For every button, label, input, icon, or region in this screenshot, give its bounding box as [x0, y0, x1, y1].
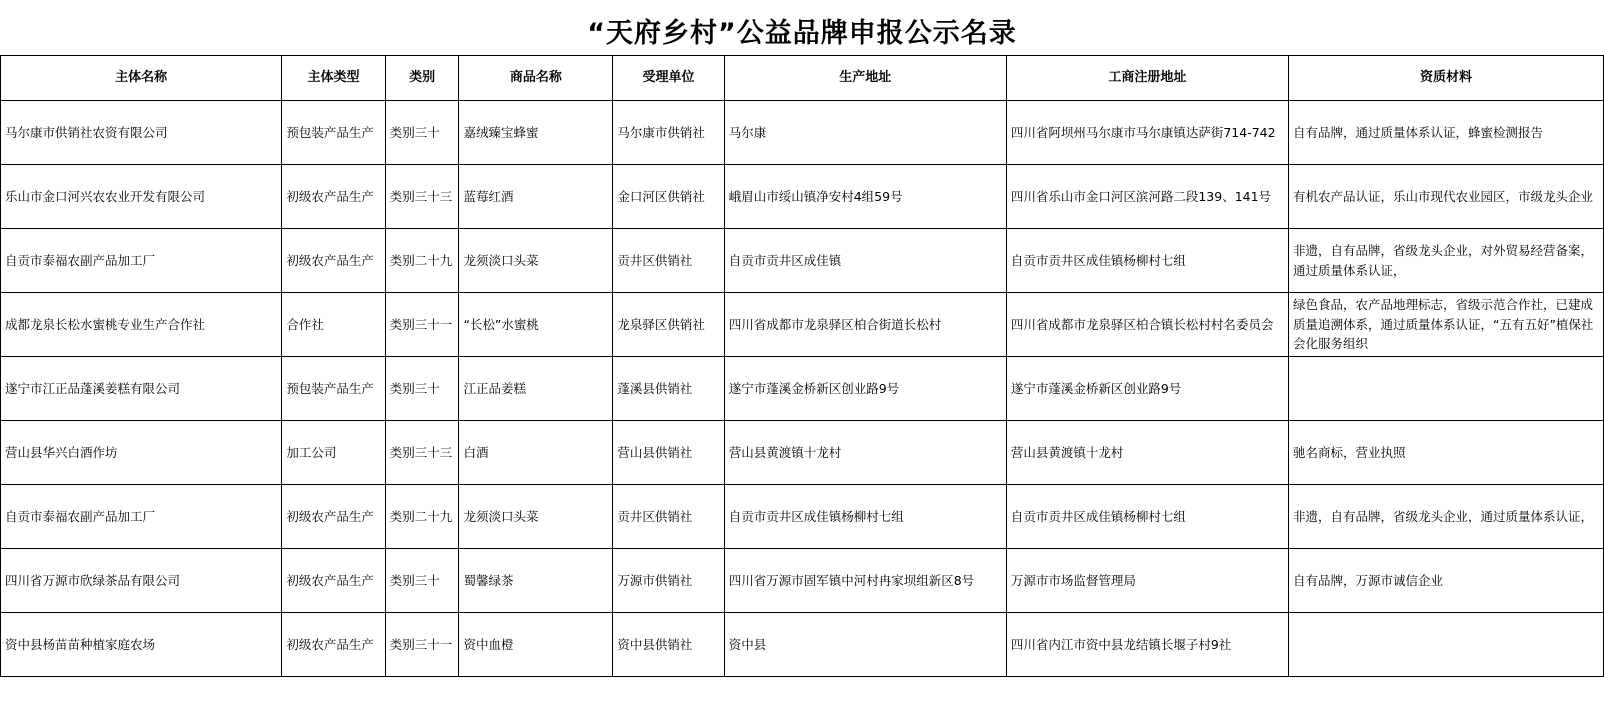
- table-row: 乐山市金口河兴农农业开发有限公司 初级农产品生产 类别三十三 蓝莓红酒 金口河区…: [1, 165, 1604, 229]
- brand-application-table: 主体名称 主体类型 类别 商品名称 受理单位 生产地址 工商注册地址 资质材料 …: [0, 55, 1604, 677]
- cell-registration-address: 四川省乐山市金口河区滨河路二段139、141号: [1006, 165, 1288, 229]
- cell-entity-type: 初级农产品生产: [282, 165, 385, 229]
- cell-accepting-unit: 万源市供销社: [613, 549, 724, 613]
- cell-registration-address: 遂宁市蓬溪金桥新区创业路9号: [1006, 357, 1288, 421]
- cell-accepting-unit: 营山县供销社: [613, 421, 724, 485]
- cell-accepting-unit: 龙泉驿区供销社: [613, 293, 724, 357]
- column-header-qualification-materials: 资质材料: [1288, 56, 1603, 101]
- column-header-category: 类别: [385, 56, 459, 101]
- cell-accepting-unit: 马尔康市供销社: [613, 101, 724, 165]
- column-header-registration-address: 工商注册地址: [1006, 56, 1288, 101]
- cell-entity-type: 预包装产品生产: [282, 101, 385, 165]
- cell-entity-type: 初级农产品生产: [282, 485, 385, 549]
- cell-entity-type: 初级农产品生产: [282, 229, 385, 293]
- cell-registration-address: 万源市市场监督管理局: [1006, 549, 1288, 613]
- cell-production-address: 峨眉山市绥山镇净安村4组59号: [724, 165, 1006, 229]
- cell-qualification-materials: 非遗，自有品牌，省级龙头企业，通过质量体系认证，: [1288, 485, 1603, 549]
- cell-accepting-unit: 贡井区供销社: [613, 485, 724, 549]
- cell-category: 类别三十三: [385, 421, 459, 485]
- header-row: 主体名称 主体类型 类别 商品名称 受理单位 生产地址 工商注册地址 资质材料: [1, 56, 1604, 101]
- cell-accepting-unit: 贡井区供销社: [613, 229, 724, 293]
- cell-category: 类别三十三: [385, 165, 459, 229]
- table-row: 资中县杨苗苗种植家庭农场 初级农产品生产 类别三十一 资中血橙 资中县供销社 资…: [1, 613, 1604, 677]
- cell-qualification-materials: 有机农产品认证，乐山市现代农业园区，市级龙头企业: [1288, 165, 1603, 229]
- cell-entity-type: 加工公司: [282, 421, 385, 485]
- cell-category: 类别三十: [385, 101, 459, 165]
- cell-entity-type: 预包装产品生产: [282, 357, 385, 421]
- cell-accepting-unit: 蓬溪县供销社: [613, 357, 724, 421]
- cell-product-name: 龙须淡口头菜: [459, 485, 613, 549]
- cell-product-name: 蓝莓红酒: [459, 165, 613, 229]
- cell-category: 类别三十一: [385, 613, 459, 677]
- cell-entity-name: 马尔康市供销社农资有限公司: [1, 101, 282, 165]
- column-header-entity-type: 主体类型: [282, 56, 385, 101]
- cell-entity-name: 遂宁市江正品蓬溪姜糕有限公司: [1, 357, 282, 421]
- cell-registration-address: 四川省阿坝州马尔康市马尔康镇达萨街714-742: [1006, 101, 1288, 165]
- column-header-product-name: 商品名称: [459, 56, 613, 101]
- cell-production-address: 遂宁市蓬溪金桥新区创业路9号: [724, 357, 1006, 421]
- cell-product-name: 白酒: [459, 421, 613, 485]
- cell-category: 类别三十: [385, 549, 459, 613]
- table-row: 营山县华兴白酒作坊 加工公司 类别三十三 白酒 营山县供销社 营山县黄渡镇十龙村…: [1, 421, 1604, 485]
- cell-product-name: “长松”水蜜桃: [459, 293, 613, 357]
- table-row: 遂宁市江正品蓬溪姜糕有限公司 预包装产品生产 类别三十 江正品姜糕 蓬溪县供销社…: [1, 357, 1604, 421]
- cell-entity-name: 资中县杨苗苗种植家庭农场: [1, 613, 282, 677]
- table-row: 马尔康市供销社农资有限公司 预包装产品生产 类别三十 嘉绒臻宝蜂蜜 马尔康市供销…: [1, 101, 1604, 165]
- cell-qualification-materials: 非遗，自有品牌，省级龙头企业，对外贸易经营备案，通过质量体系认证，: [1288, 229, 1603, 293]
- cell-production-address: 营山县黄渡镇十龙村: [724, 421, 1006, 485]
- cell-entity-name: 自贡市泰福农副产品加工厂: [1, 229, 282, 293]
- table-row: 自贡市泰福农副产品加工厂 初级农产品生产 类别二十九 龙须淡口头菜 贡井区供销社…: [1, 229, 1604, 293]
- cell-production-address: 自贡市贡井区成佳镇: [724, 229, 1006, 293]
- cell-entity-type: 初级农产品生产: [282, 613, 385, 677]
- cell-entity-name: 四川省万源市欣绿茶品有限公司: [1, 549, 282, 613]
- cell-production-address: 自贡市贡井区成佳镇杨柳村七组: [724, 485, 1006, 549]
- cell-product-name: 龙须淡口头菜: [459, 229, 613, 293]
- cell-registration-address: 自贡市贡井区成佳镇杨柳村七组: [1006, 485, 1288, 549]
- table-body: 马尔康市供销社农资有限公司 预包装产品生产 类别三十 嘉绒臻宝蜂蜜 马尔康市供销…: [1, 101, 1604, 677]
- cell-accepting-unit: 资中县供销社: [613, 613, 724, 677]
- public-notice-document: “天府乡村”公益品牌申报公示名录 主体名称 主体类型 类别 商品名称 受理单位 …: [0, 0, 1604, 713]
- cell-category: 类别二十九: [385, 229, 459, 293]
- table-row: 成都龙泉长松水蜜桃专业生产合作社 合作社 类别三十一 “长松”水蜜桃 龙泉驿区供…: [1, 293, 1604, 357]
- cell-registration-address: 四川省成都市龙泉驿区柏合镇长松村村名委员会: [1006, 293, 1288, 357]
- cell-production-address: 资中县: [724, 613, 1006, 677]
- page-title: “天府乡村”公益品牌申报公示名录: [0, 0, 1604, 55]
- cell-category: 类别三十: [385, 357, 459, 421]
- cell-qualification-materials: 绿色食品，农产品地理标志，省级示范合作社，已建成质量追溯体系，通过质量体系认证，…: [1288, 293, 1603, 357]
- column-header-production-address: 生产地址: [724, 56, 1006, 101]
- column-header-entity-name: 主体名称: [1, 56, 282, 101]
- cell-entity-name: 乐山市金口河兴农农业开发有限公司: [1, 165, 282, 229]
- cell-entity-type: 合作社: [282, 293, 385, 357]
- cell-entity-name: 自贡市泰福农副产品加工厂: [1, 485, 282, 549]
- cell-product-name: 蜀馨绿茶: [459, 549, 613, 613]
- cell-production-address: 四川省成都市龙泉驿区柏合街道长松村: [724, 293, 1006, 357]
- cell-category: 类别二十九: [385, 485, 459, 549]
- cell-qualification-materials: [1288, 357, 1603, 421]
- cell-registration-address: 自贡市贡井区成佳镇杨柳村七组: [1006, 229, 1288, 293]
- table-header: 主体名称 主体类型 类别 商品名称 受理单位 生产地址 工商注册地址 资质材料: [1, 56, 1604, 101]
- cell-qualification-materials: 自有品牌，万源市诚信企业: [1288, 549, 1603, 613]
- cell-category: 类别三十一: [385, 293, 459, 357]
- cell-registration-address: 四川省内江市资中县龙结镇长堰子村9社: [1006, 613, 1288, 677]
- table-row: 自贡市泰福农副产品加工厂 初级农产品生产 类别二十九 龙须淡口头菜 贡井区供销社…: [1, 485, 1604, 549]
- cell-qualification-materials: 自有品牌，通过质量体系认证，蜂蜜检测报告: [1288, 101, 1603, 165]
- column-header-accepting-unit: 受理单位: [613, 56, 724, 101]
- table-row: 四川省万源市欣绿茶品有限公司 初级农产品生产 类别三十 蜀馨绿茶 万源市供销社 …: [1, 549, 1604, 613]
- cell-production-address: 四川省万源市固军镇中河村冉家坝组新区8号: [724, 549, 1006, 613]
- cell-entity-name: 营山县华兴白酒作坊: [1, 421, 282, 485]
- cell-production-address: 马尔康: [724, 101, 1006, 165]
- cell-qualification-materials: [1288, 613, 1603, 677]
- cell-qualification-materials: 驰名商标，营业执照: [1288, 421, 1603, 485]
- cell-registration-address: 营山县黄渡镇十龙村: [1006, 421, 1288, 485]
- cell-product-name: 资中血橙: [459, 613, 613, 677]
- cell-entity-name: 成都龙泉长松水蜜桃专业生产合作社: [1, 293, 282, 357]
- cell-accepting-unit: 金口河区供销社: [613, 165, 724, 229]
- cell-entity-type: 初级农产品生产: [282, 549, 385, 613]
- cell-product-name: 嘉绒臻宝蜂蜜: [459, 101, 613, 165]
- cell-product-name: 江正品姜糕: [459, 357, 613, 421]
